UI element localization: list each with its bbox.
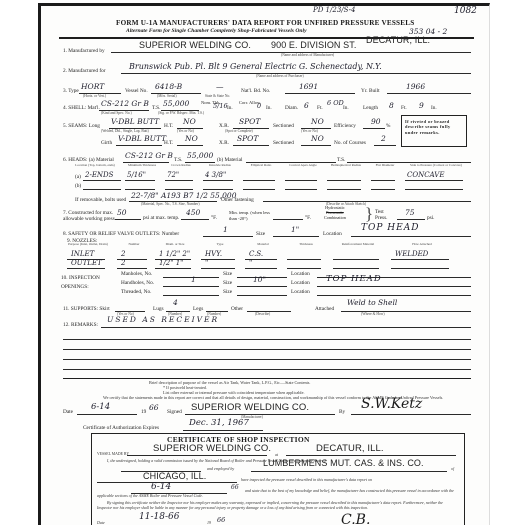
heads-column-header: Minimum Thickness <box>125 163 159 167</box>
heads-cell: 5/16" <box>127 171 146 179</box>
riveted-note-box: If riveted or brazed describe seams full… <box>401 115 467 147</box>
data-report-form: PD 1/23/S-4 1082 FORM U-1A MANUFACTURERS… <box>38 3 490 525</box>
vessel-made-by-value: SUPERIOR WELDING CO. <box>153 443 271 454</box>
opening-location-value: TOP HEAD <box>326 274 382 284</box>
nat-bd-value: 1691 <box>299 82 318 91</box>
heads-column-header: Hemispherical Radius <box>327 163 365 167</box>
item2-label: 2. Manufactured for <box>63 68 106 74</box>
nozzles-column-header: Type <box>201 242 239 246</box>
relief-number-value: 1 <box>223 225 228 234</box>
manufacturer-city: DECATUR, ILL. <box>366 35 430 45</box>
corrosion-allowance-value: 0 <box>257 102 261 110</box>
year-built-value: 1966 <box>406 82 425 91</box>
employed-by-value: LUMBERMENS MUT. CAS. & INS. CO. <box>263 458 424 468</box>
nozzle-cell: OUTLET <box>71 259 102 267</box>
nozzle-cell: HVY. <box>205 250 222 258</box>
girth-xr-value: SPOT <box>237 134 258 143</box>
attached-value: Weld to Shell <box>347 298 397 307</box>
cert-signed-value: SUPERIOR WELDING CO. <box>191 402 309 413</box>
long-sectioned-value: NO <box>311 117 324 126</box>
manufacturer-signature: S.W.Ketz <box>361 396 422 412</box>
item8-label: 8. SAFETY OR RELIEF VALVE OUTLETS: Numbe… <box>63 231 179 237</box>
heads-column-header: Flat Diameter <box>371 163 399 167</box>
long-ht-value: NO <box>183 117 196 126</box>
form-subtitle: Alternate Form for Single Chamber Comple… <box>126 28 307 34</box>
inspection-city-value: DECATUR, ILL. <box>316 443 384 454</box>
relief-size-value: 1" <box>291 225 299 234</box>
heads-cell: 72" <box>167 171 179 179</box>
opening-type-label: Threaded, No. <box>121 289 151 295</box>
nozzles-column-header: Reinforcement Material <box>333 242 383 246</box>
opening-type-label: Handholes, No. <box>121 280 154 286</box>
test-type-options: Hydrostatic Pneumatic Combination <box>324 205 346 220</box>
manufacturer-name: SUPERIOR WELDING CO. <box>139 40 251 50</box>
inspection-year-value: 66 <box>217 516 225 524</box>
item1-caption: (Name and address of Manufacturer) <box>281 53 334 57</box>
nozzles-column-header: Purpose (Inlet, Outlet, Drain) <box>67 242 109 246</box>
item1-label: 1. Manufactured by <box>63 48 105 54</box>
type-value: HORT <box>81 82 104 91</box>
nozzle-cell: " <box>249 259 252 267</box>
heads-column-header: Elliptical Ratio <box>243 163 279 167</box>
nozzles-column-header: Number <box>117 242 151 246</box>
inspector-city-value: CHICAGO, ILL. <box>143 471 206 481</box>
nozzle-cell: C.S. <box>249 250 263 258</box>
nozzle-cell: " <box>205 259 208 267</box>
courses-value: 2 <box>381 134 386 143</box>
item11-label: 11. SUPPORTS: Skirt <box>63 306 110 312</box>
heads-column-header: Crown Radius <box>165 163 197 167</box>
long-xr-value: SPOT <box>239 117 260 126</box>
nozzles-column-header: Thickness <box>287 242 325 246</box>
purchaser-value: Brunswick Pub. Pl. Blt 9 General Electri… <box>129 62 382 71</box>
heads-cell: CONCAVE <box>407 171 444 179</box>
diameter-ft-value: 6 <box>304 101 309 110</box>
nozzle-cell: 1/2" 1" <box>159 259 183 267</box>
vessel-no-value: 6418-B <box>155 82 182 91</box>
manufacturer-address: 900 E. DIVISION ST. <box>271 40 356 50</box>
nozzle-cell: INLET <box>71 250 94 258</box>
heads-column-header: Location (Top, bottom, ends) <box>71 163 119 167</box>
heads-column-header: Knuckle Radius <box>203 163 237 167</box>
nozzle-cell: WELDED <box>395 250 428 258</box>
length-ft-value: 8 <box>389 101 394 110</box>
item5-label: 5. SEAMS: Long <box>63 123 100 129</box>
length-in-value: 9 <box>419 101 424 110</box>
head-a-ts-value: 55,000 <box>187 151 213 160</box>
heads-column-header: Conical Apex Angle <box>285 163 321 167</box>
inspector-signature: C.B. <box>341 512 370 525</box>
opening-number-value: 1 <box>191 275 196 284</box>
nozzles-column-header: Diam. or Size <box>155 242 195 246</box>
nozzle-cell: 1 1/2" 2" <box>159 250 190 258</box>
relief-location-value: TOP HEAD <box>361 223 419 233</box>
shell-ts-value: 55,000 <box>163 99 189 108</box>
diameter-in-value: 6 OD <box>327 99 344 107</box>
handwritten-ref: PD 1/23/S-4 <box>313 6 356 14</box>
opening-size-value: 10" <box>253 275 266 284</box>
item2-caption: (Name and address of Purchaser) <box>256 74 304 78</box>
test-pressure-value: 75 <box>405 208 415 217</box>
inspection-date-value: 11-18-66 <box>139 512 179 522</box>
lugs-value: 4 <box>173 298 178 307</box>
heads-column-header: Side to Pressure (Convex or Concave) <box>405 163 467 167</box>
shell-material-value: CS-212 Gr B <box>101 99 149 108</box>
head-a-material-value: CS-212 Gr B <box>125 151 173 160</box>
heads-cell: 4 3/8" <box>205 171 226 179</box>
nozzles-column-header: How Attached <box>391 242 453 246</box>
opening-type-label: Manholes, No. <box>121 271 152 277</box>
authorization-expires-value: Dec. 31, 1967 <box>189 418 249 428</box>
girth-seam-value: V-DBL BUTT <box>118 134 166 143</box>
max-temp-value: 450 <box>186 208 200 217</box>
shell-thickness-value: 5/16 <box>213 102 228 110</box>
nozzles-column-header: Material <box>245 242 281 246</box>
nozzle-cell: 2 <box>121 259 125 267</box>
item10-label: 10. INSPECTION OPENINGS: <box>61 274 109 292</box>
state-no-value: — <box>216 82 224 91</box>
item12-label: 12. REMARKS: <box>63 322 98 328</box>
form-title: FORM U-1A MANUFACTURERS' DATA REPORT FOR… <box>116 19 414 27</box>
girth-ht-value: NO <box>185 134 198 143</box>
heads-cell: 2-ENDS <box>85 171 113 179</box>
item3-label: 3. Type <box>63 88 79 94</box>
mawp-value: 50 <box>117 208 127 217</box>
cert-date-value: 6-14 <box>91 402 110 412</box>
long-seam-value: V-DBL BUTT <box>111 117 159 126</box>
nozzle-cell: 2 <box>121 250 125 258</box>
item4-label: 4. SHELL: Mat'l. <box>63 105 100 111</box>
remarks-value: USED AS RECEIVER <box>107 315 219 324</box>
disclaimer: By signing this certificate neither the … <box>97 500 457 511</box>
cert-year-value: 66 <box>149 403 159 412</box>
efficiency-value: 90 <box>371 117 381 126</box>
girth-sectioned-value: NO <box>311 134 324 143</box>
page-number: 1082 <box>454 6 477 16</box>
